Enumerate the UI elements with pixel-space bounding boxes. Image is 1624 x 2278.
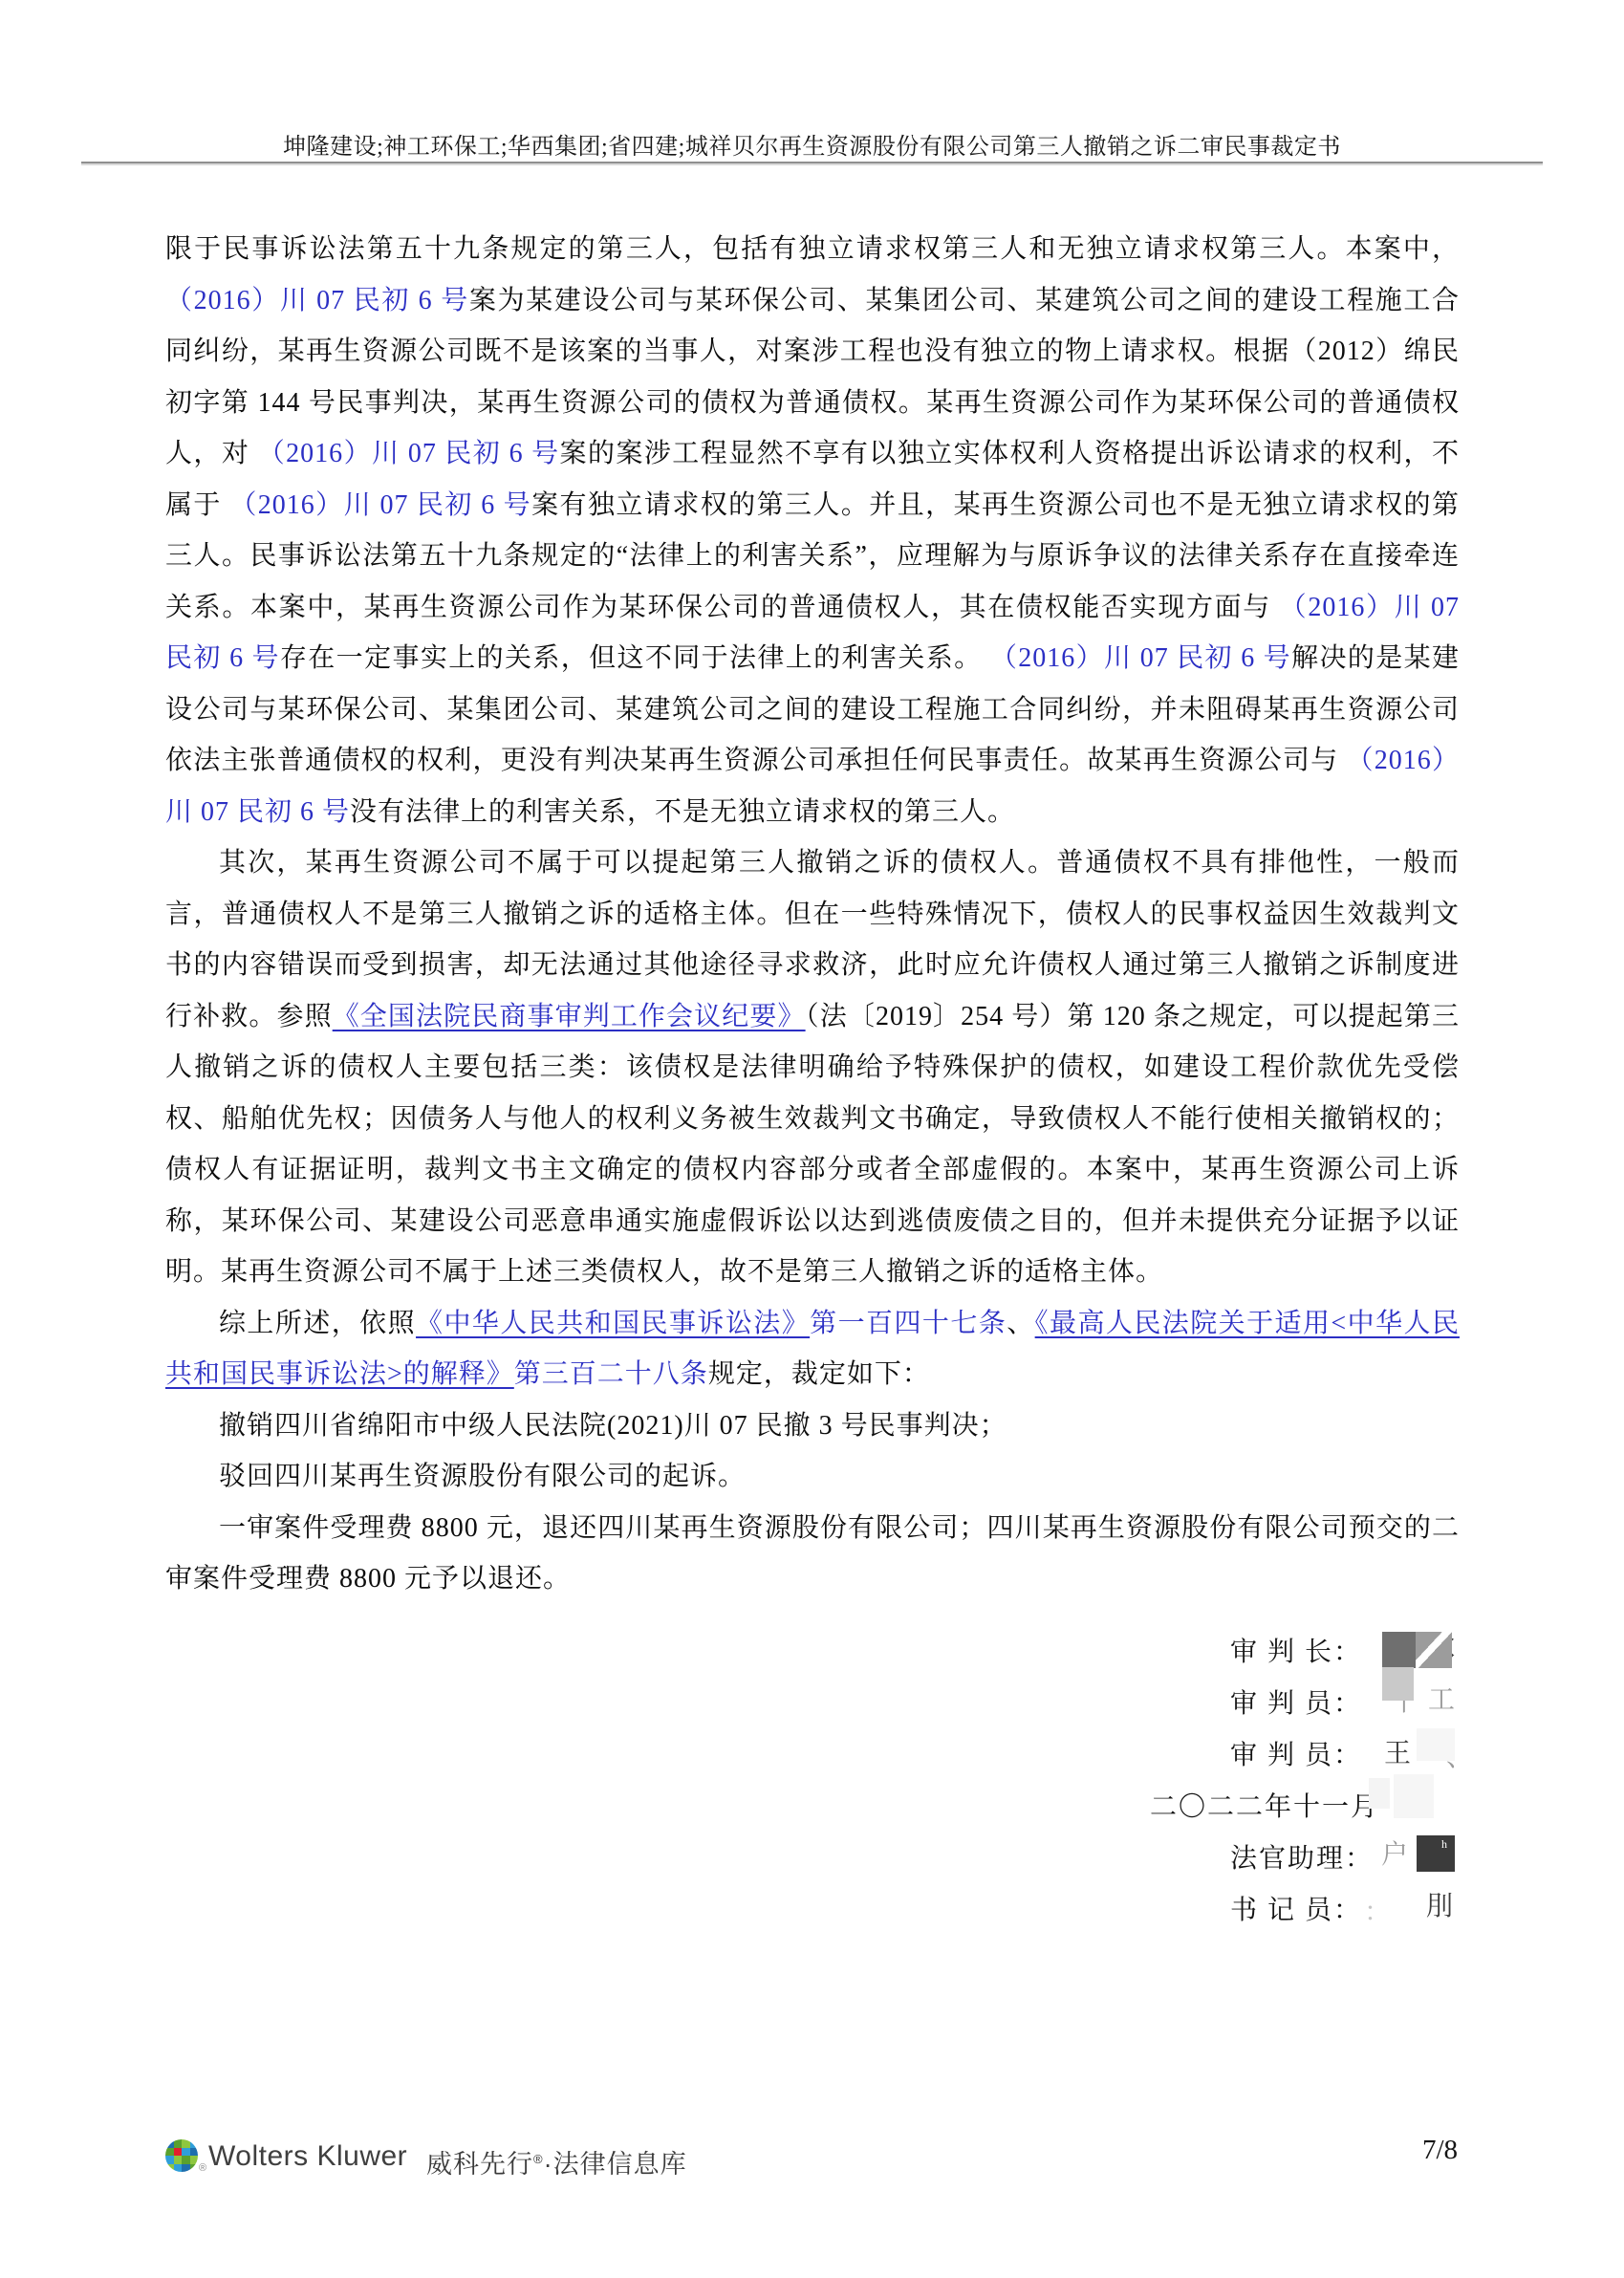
page-number: 7/8: [1422, 2135, 1458, 2166]
wolters-kluwer-logo-icon: [165, 2139, 198, 2172]
footer-brand-reg: ®: [533, 2152, 544, 2166]
partial-redacted-char: 王: [1384, 1732, 1411, 1770]
logo-mosaic-cell: [174, 2148, 183, 2157]
statute-title-link[interactable]: 《中华人民共和国民事诉讼法》: [416, 1309, 810, 1338]
statute-article-link[interactable]: 第一百四十七条: [810, 1309, 1007, 1338]
partial-redacted-char: h: [1441, 1837, 1447, 1852]
case-number-link[interactable]: （2016）川 07 民初 6 号: [165, 286, 469, 315]
logo-mosaic-cell: [190, 2139, 199, 2148]
redaction-box: [1369, 1778, 1390, 1809]
body-text: 驳回四川某再生资源股份有限公司的起诉。: [219, 1462, 746, 1491]
logo-mosaic-cell: [165, 2164, 174, 2173]
partial-redacted-char: 刖: [1426, 1885, 1453, 1923]
body-text: （法〔2019〕254 号）第 120 条之规定，可以提起第三人撤销之诉的债权人…: [165, 1002, 1460, 1288]
partial-redacted-char: 户: [1381, 1833, 1408, 1872]
case-number-link[interactable]: （2016）川 07 民初 6 号: [229, 490, 531, 520]
logo-mosaic-cell: [174, 2139, 183, 2148]
paragraph: 撤销四川省绵阳市中级人民法院(2021)川 07 民撤 3 号民事判决；: [165, 1400, 1460, 1452]
footer-brand-en: Wolters Kluwer: [208, 2140, 407, 2173]
logo-mosaic-cell: [190, 2164, 199, 2173]
footer-brand-suffix: ·法律信息库: [544, 2150, 687, 2179]
body-text: 没有法律上的利害关系，不是无独立请求权的第三人。: [350, 797, 1015, 827]
partial-redacted-char: ：: [1364, 1891, 1391, 1929]
partial-redacted-char: 工: [1428, 1679, 1455, 1717]
statute-title-link[interactable]: 《全国法院民商事审判工作会议纪要》: [333, 1002, 806, 1031]
logo-mosaic-cell: [174, 2156, 183, 2164]
case-number-link[interactable]: （2016）川 07 民初 6 号: [990, 643, 1291, 673]
logo-mosaic-cell: [182, 2156, 190, 2164]
signature-row: 审 判 员：: [1230, 1734, 1362, 1772]
paragraph: 一审案件受理费 8800 元，退还四川某再生资源股份有限公司；四川某再生资源股份…: [165, 1503, 1460, 1605]
logo-mosaic-cell: [165, 2139, 174, 2148]
redaction-box: [1382, 1632, 1417, 1668]
statute-article-link[interactable]: 第三百二十八条: [514, 1359, 708, 1389]
signature-row: 法官助理：: [1230, 1837, 1374, 1876]
redaction-box: [1417, 1728, 1455, 1761]
case-number-link[interactable]: （2016）川 07 民初 6 号: [258, 439, 560, 468]
redaction-box: [1417, 1835, 1455, 1872]
paragraph: 综上所述，依照《中华人民共和国民事诉讼法》第一百四十七条、《最高人民法院关于适用…: [165, 1298, 1460, 1400]
signature-row: 书 记 员：: [1230, 1889, 1362, 1927]
logo-mosaic-cell: [182, 2148, 190, 2157]
document-page: 坤隆建设;神工环保工;华西集团;省四建;城祥贝尔再生资源股份有限公司第三人撤销之…: [0, 0, 1624, 2278]
ruling-body: 限于民事诉讼法第五十九条规定的第三人，包括有独立请求权第三人和无独立请求权第三人…: [165, 224, 1460, 1605]
logo-mosaic-cell: [165, 2148, 174, 2157]
body-text: 一审案件受理费 8800 元，退还四川某再生资源股份有限公司；四川某再生资源股份…: [165, 1513, 1460, 1595]
logo-mosaic-cell: [182, 2139, 190, 2148]
judge-role-label: 审 判 员：: [1230, 1689, 1362, 1719]
signature-row: 审 判 长：: [1230, 1631, 1362, 1669]
body-text: 存在一定事实上的关系，但这不同于法律上的利害关系。: [280, 643, 990, 673]
logo-mosaic-cell: [165, 2156, 174, 2164]
redaction-box: [1382, 1667, 1414, 1701]
judge-role-label: 书 记 员：: [1230, 1896, 1362, 1925]
paragraph: 其次，某再生资源公司不属于可以提起第三人撤销之诉的债权人。普通债权不具有排他性，…: [165, 837, 1460, 1298]
redaction-box: [1416, 1632, 1452, 1668]
judgment-date: 二〇二二年十一月: [1150, 1786, 1379, 1824]
body-text: 综上所述，依照: [219, 1309, 416, 1338]
body-text: 限于民事诉讼法第五十九条规定的第三人，包括有独立请求权第三人和无独立请求权第三人…: [165, 234, 1460, 264]
redaction-box: [1394, 1774, 1434, 1818]
logo-mosaic-cell: [190, 2156, 199, 2164]
document-header-title: 坤隆建设;神工环保工;华西集团;省四建;城祥贝尔再生资源股份有限公司第三人撤销之…: [0, 127, 1624, 161]
body-text: 、: [1007, 1309, 1034, 1338]
signature-row: 审 判 员：: [1230, 1682, 1362, 1721]
footer-brand-zh: 威科先行®·法律信息库: [426, 2143, 687, 2180]
paragraph: 限于民事诉讼法第五十九条规定的第三人，包括有独立请求权第三人和无独立请求权第三人…: [165, 224, 1460, 837]
logo-mosaic-cell: [174, 2164, 183, 2173]
judge-role-label: 审 判 员：: [1230, 1741, 1362, 1770]
judge-role-label: 法官助理：: [1230, 1844, 1374, 1874]
judge-role-label: 审 判 长：: [1230, 1638, 1362, 1667]
body-text: 撤销四川省绵阳市中级人民法院(2021)川 07 民撤 3 号民事判决；: [219, 1411, 1007, 1441]
logo-registered-mark: ®: [199, 2162, 206, 2174]
logo-mosaic-cell: [190, 2148, 199, 2157]
logo-mosaic-cell: [182, 2164, 190, 2173]
footer-brand-zh-name: 威科先行: [426, 2150, 533, 2179]
paragraph: 驳回四川某再生资源股份有限公司的起诉。: [165, 1451, 1460, 1503]
header-divider: [81, 162, 1543, 165]
date-text: 二〇二二年十一月: [1150, 1792, 1379, 1822]
body-text: 规定，裁定如下：: [708, 1359, 930, 1389]
